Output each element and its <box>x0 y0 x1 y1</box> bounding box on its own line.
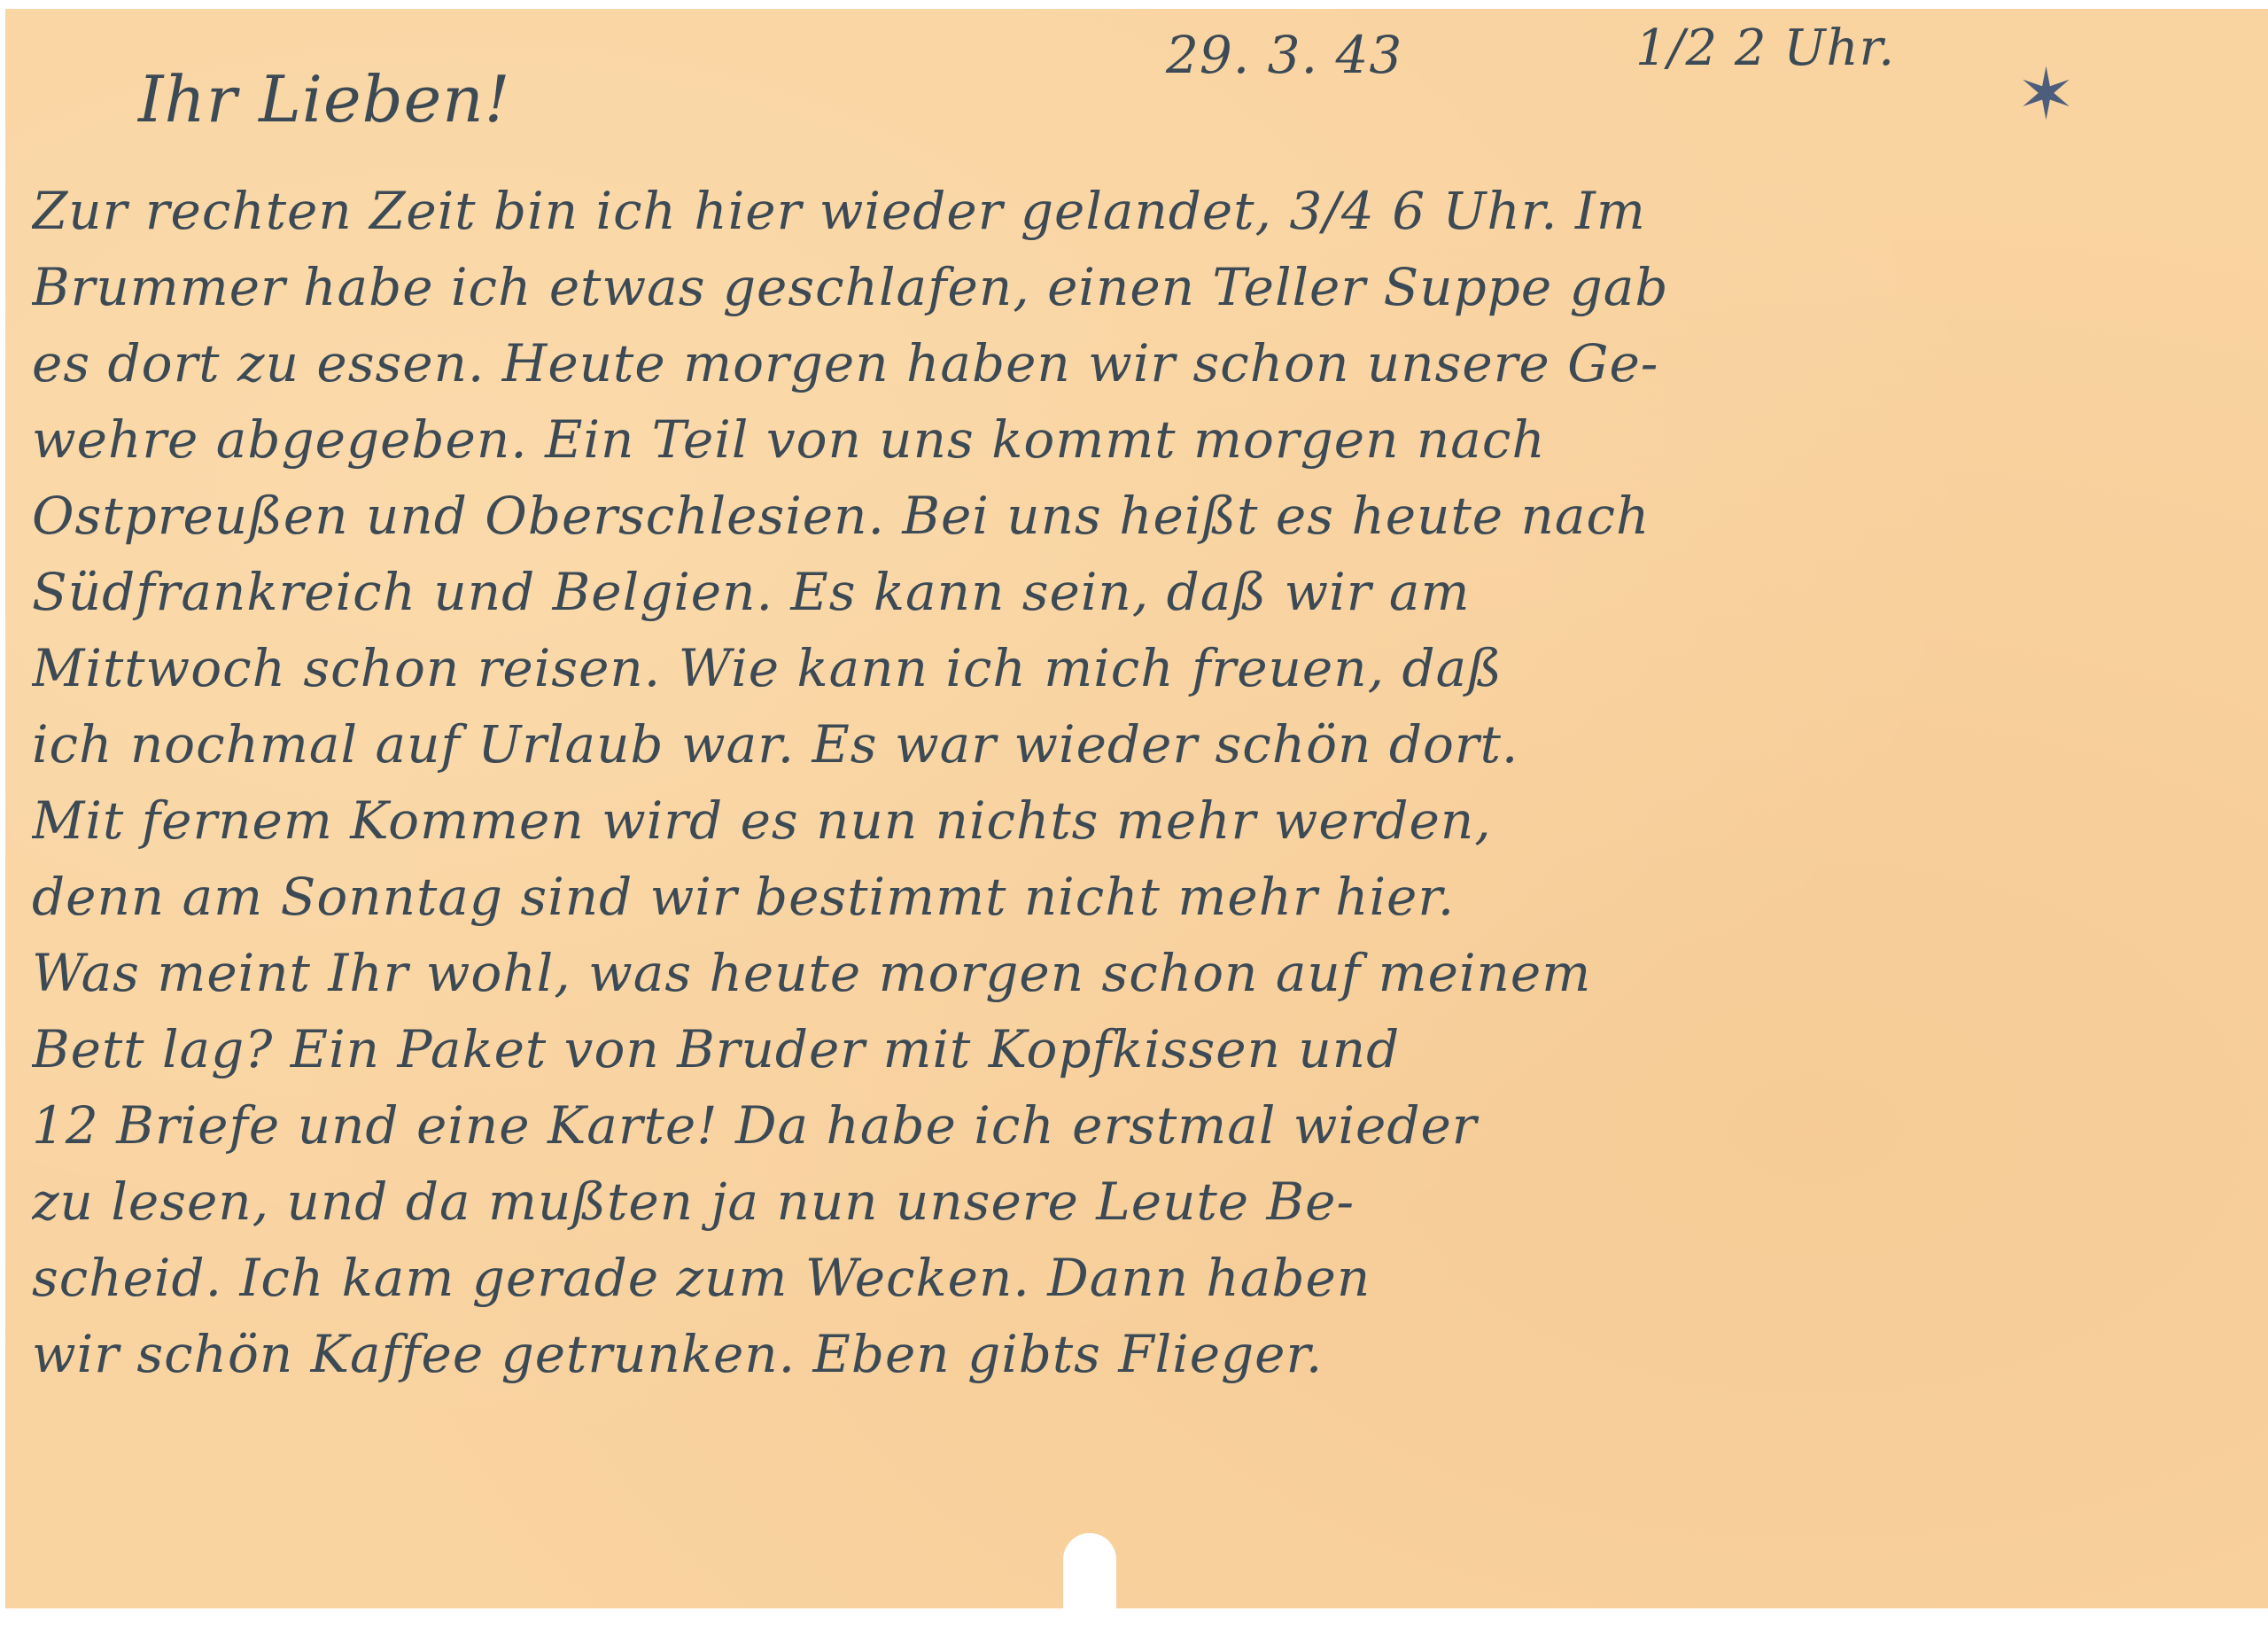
letter-line: wir schön Kaffee getrunken. Eben gibts F… <box>32 1316 2247 1392</box>
asterisk-mark-icon: ✶ <box>2016 53 2077 136</box>
letter-line: Was meint Ihr wohl, was heute morgen sch… <box>32 935 2247 1011</box>
letter-line: denn am Sonntag sind wir bestimmt nicht … <box>32 859 2247 935</box>
letter-line: ich nochmal auf Urlaub war. Es war wiede… <box>32 706 2247 782</box>
salutation: Ihr Lieben! <box>138 62 511 136</box>
letter-date: 29. 3. 43 <box>1166 25 1402 85</box>
letter-line: Bett lag? Ein Paket von Bruder mit Kopfk… <box>32 1011 2247 1087</box>
letter-line: scheid. Ich kam gerade zum Wecken. Dann … <box>32 1240 2247 1316</box>
letter-body: Zur rechten Zeit bin ich hier wieder gel… <box>32 173 2247 1392</box>
letter-line: es dort zu essen. Heute morgen haben wir… <box>32 325 2247 401</box>
letter-line: wehre abgegeben. Ein Teil von uns kommt … <box>32 401 2247 478</box>
letter-line: Mit fernem Kommen wird es nun nichts meh… <box>32 782 2247 859</box>
letter-time: 1/2 2 Uhr. <box>1635 19 1895 77</box>
letter-line: zu lesen, und da mußten ja nun unsere Le… <box>32 1164 2247 1240</box>
letter-line: 12 Briefe und eine Karte! Da habe ich er… <box>32 1087 2247 1164</box>
letter-line: Mittwoch schon reisen. Wie kann ich mich… <box>32 630 2247 706</box>
letter-line: Südfrankreich und Belgien. Es kann sein,… <box>32 554 2247 630</box>
letter-line: Zur rechten Zeit bin ich hier wieder gel… <box>32 173 2247 249</box>
paper-tear <box>1063 1533 1116 1627</box>
postcard: 29. 3. 43 1/2 2 Uhr. ✶ Ihr Lieben! Zur r… <box>5 9 2268 1608</box>
letter-line: Brummer habe ich etwas geschlafen, einen… <box>32 249 2247 325</box>
letter-line: Ostpreußen und Oberschlesien. Bei uns he… <box>32 478 2247 554</box>
